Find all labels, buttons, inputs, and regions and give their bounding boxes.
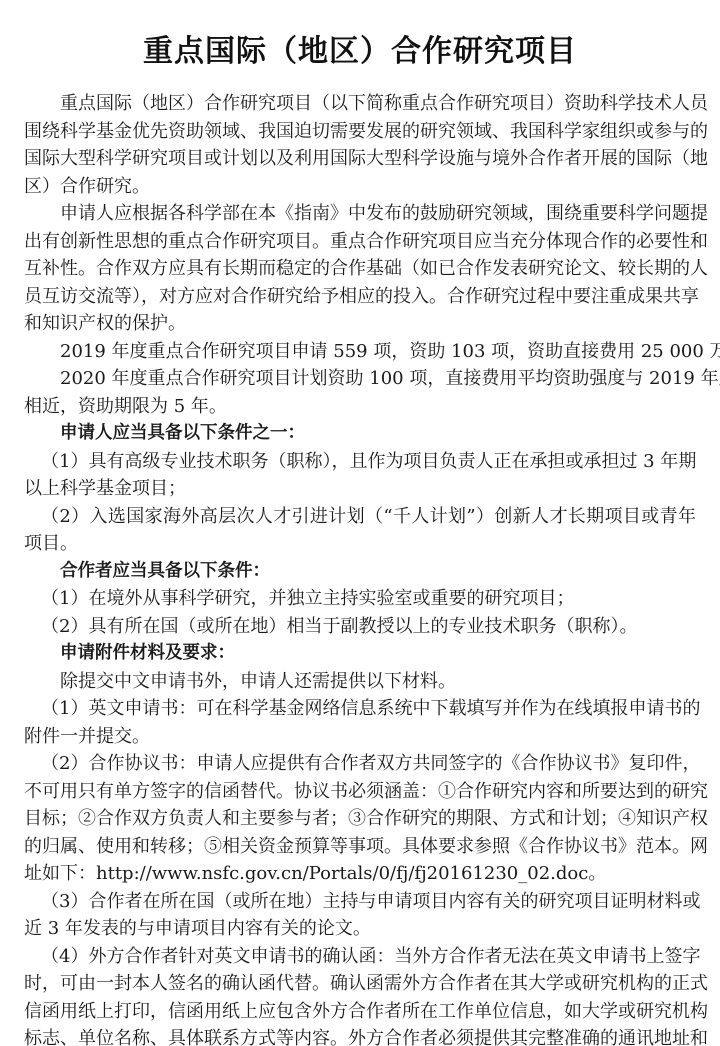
- text-line: （2）入选国家海外高层次人才引进计划（“千人计划”）创新人才长期项目或青年: [24, 503, 696, 531]
- section-heading: 申请附件材料及要求：: [24, 640, 696, 668]
- text-line: 2020 年度重点合作研究项目计划资助 100 项，直接费用平均资助强度与 20…: [24, 365, 696, 393]
- text-line: 的归属、使用和转移；⑤相关资金预算等事项。具体要求参照《合作协议书》范本。网: [24, 833, 696, 861]
- text-line: 国际大型科学研究项目或计划以及利用国际大型科学设施与境外合作者开展的国际（地: [24, 145, 696, 173]
- text-line[interactable]: 址如下：http://www.nsfc.gov.cn/Portals/0/fj/…: [24, 860, 696, 888]
- text-line: 重点国际（地区）合作研究项目（以下简称重点合作研究项目）资助科学技术人员: [24, 90, 696, 118]
- text-line: （4）外方合作者针对英文申请书的确认函：当外方合作者无法在英文申请书上签字: [24, 943, 696, 971]
- text-line: 相近，资助期限为 5 年。: [24, 393, 696, 421]
- section-heading: 合作者应当具备以下条件：: [24, 558, 696, 586]
- section-heading: 申请人应当具备以下条件之一：: [24, 420, 696, 448]
- text-line: （2）合作协议书：申请人应提供有合作者双方共同签字的《合作协议书》复印件，: [24, 750, 696, 778]
- document-page: 重点国际（地区）合作研究项目 重点国际（地区）合作研究项目（以下简称重点合作研究…: [0, 0, 720, 1046]
- text-line: 互补性。合作双方应具有长期而稳定的合作基础（如已合作发表研究论文、较长期的人: [24, 255, 696, 283]
- text-line: （1）英文申请书：可在科学基金网络信息系统中下载填写并作为在线填报申请书的: [24, 695, 696, 723]
- text-line: 目标；②合作双方负责人和主要参与者；③合作研究的期限、方式和计划；④知识产权: [24, 805, 696, 833]
- text-line: 标志、单位名称、具体联系方式等内容。外方合作者必须提供其完整准确的通讯地址和: [24, 1025, 696, 1046]
- text-line: 区）合作研究。: [24, 173, 696, 201]
- text-line: （1）具有高级专业技术职务（职称），且作为项目负责人正在承担或承担过 3 年期: [24, 448, 696, 476]
- text-line: 申请人应根据各科学部在本《指南》中发布的鼓励研究领域，围绕重要科学问题提: [24, 200, 696, 228]
- text-line: （2）具有所在国（或所在地）相当于副教授以上的专业技术职务（职称）。: [24, 613, 696, 641]
- text-line: 围绕科学基金优先资助领域、我国迫切需要发展的研究领域、我国科学家组织或参与的: [24, 118, 696, 146]
- text-line: （3）合作者在所在国（或所在地）主持与申请项目内容有关的研究项目证明材料或: [24, 888, 696, 916]
- page-title: 重点国际（地区）合作研究项目: [0, 32, 720, 72]
- text-line: 出有创新性思想的重点合作研究项目。重点合作研究项目应当充分体现合作的必要性和: [24, 228, 696, 256]
- text-line: 以上科学基金项目；: [24, 475, 696, 503]
- text-line: 附件一并提交。: [24, 723, 696, 751]
- text-line: 信函用纸上打印，信函用纸上应包含外方合作者所在工作单位信息，如大学或研究机构: [24, 998, 696, 1026]
- text-line: 近 3 年发表的与申请项目内容有关的论文。: [24, 915, 696, 943]
- document-body: 重点国际（地区）合作研究项目（以下简称重点合作研究项目）资助科学技术人员围绕科学…: [24, 90, 696, 1046]
- text-line: 时，可由一封本人签名的确认函代替。确认函需外方合作者在其大学或研究机构的正式: [24, 970, 696, 998]
- text-line: 项目。: [24, 530, 696, 558]
- text-line: 员互访交流等），对方应对合作研究给予相应的投入。合作研究过程中要注重成果共享: [24, 283, 696, 311]
- text-line: 和知识产权的保护。: [24, 310, 696, 338]
- text-line: 除提交中文申请书外，申请人还需提供以下材料。: [24, 668, 696, 696]
- text-line: 2019 年度重点合作研究项目申请 559 项，资助 103 项，资助直接费用 …: [24, 338, 696, 366]
- text-line: （1）在境外从事科学研究，并独立主持实验室或重要的研究项目；: [24, 585, 696, 613]
- text-line: 不可用只有单方签字的信函替代。协议书必须涵盖：①合作研究内容和所要达到的研究: [24, 778, 696, 806]
